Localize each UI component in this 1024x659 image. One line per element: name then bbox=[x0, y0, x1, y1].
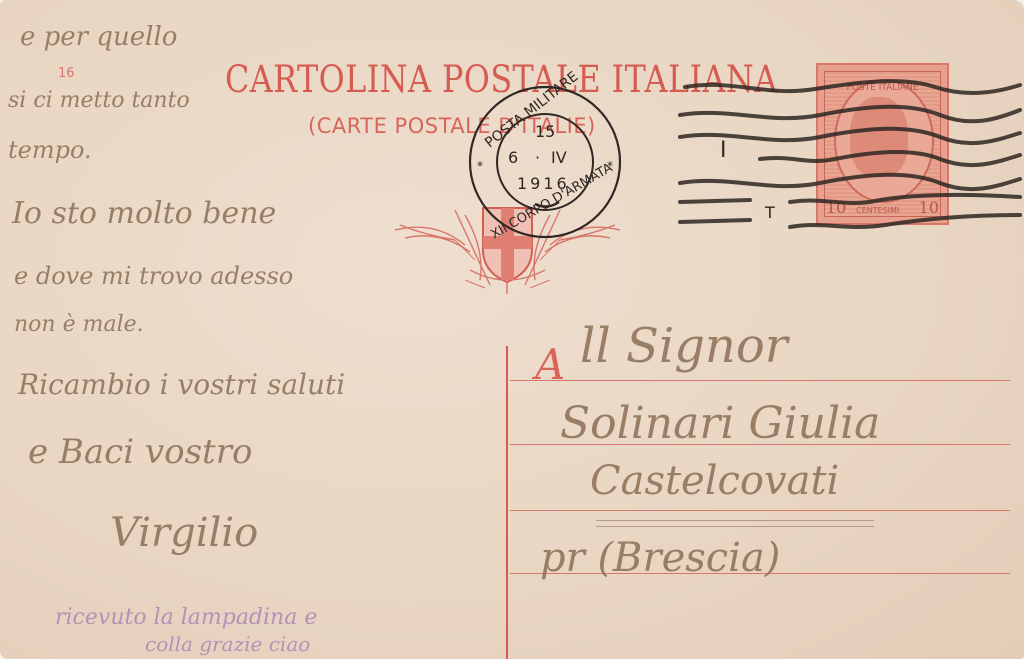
wavy-cancellation-icon: I T bbox=[675, 75, 1024, 235]
address-divider bbox=[506, 346, 508, 659]
message-line: Ricambio i vostri saluti bbox=[18, 368, 345, 401]
catalog-number: 16 bbox=[58, 66, 75, 81]
message-line: e dove mi trovo adesso bbox=[14, 262, 293, 290]
address-rule bbox=[510, 380, 1010, 381]
svg-text:*: * bbox=[477, 159, 483, 173]
message-line: non è male. bbox=[14, 312, 144, 337]
message-line: si ci metto tanto bbox=[8, 88, 190, 113]
message-line: e Baci vostro bbox=[28, 432, 252, 472]
address-line: pr (Brescia) bbox=[540, 535, 780, 581]
message-signature: Virgilio bbox=[110, 510, 258, 556]
postmark-month: IV bbox=[551, 148, 567, 167]
postcard: 16 CARTOLINA POSTALE ITALIANA (CARTE POS… bbox=[0, 0, 1024, 659]
address-line: Castelcovati bbox=[590, 458, 839, 504]
address-line: Solinari Giulia bbox=[560, 398, 880, 449]
postmark-dot: · bbox=[535, 148, 540, 167]
postmark: * * POSTA MILITARE XII CORPO D'ARMATA 15… bbox=[455, 82, 635, 242]
message-line: Io sto molto bene bbox=[12, 196, 276, 231]
cancel-mark-i: I bbox=[720, 138, 727, 163]
address-underline bbox=[596, 520, 874, 527]
address-prefix: A bbox=[535, 340, 565, 389]
postscript-line: colla grazie ciao bbox=[145, 632, 310, 656]
postmark-day: 6 bbox=[508, 148, 518, 167]
address-line: ll Signor bbox=[580, 318, 788, 374]
message-line: e per quello bbox=[20, 22, 177, 52]
cancel-mark-t: T bbox=[764, 203, 775, 222]
message-line: tempo. bbox=[8, 136, 92, 164]
postscript-line: ricevuto la lampadina e bbox=[55, 605, 317, 630]
postmark-hour: 15 bbox=[535, 122, 555, 141]
address-rule bbox=[510, 510, 1010, 511]
postmark-year: 1916 bbox=[517, 174, 570, 193]
